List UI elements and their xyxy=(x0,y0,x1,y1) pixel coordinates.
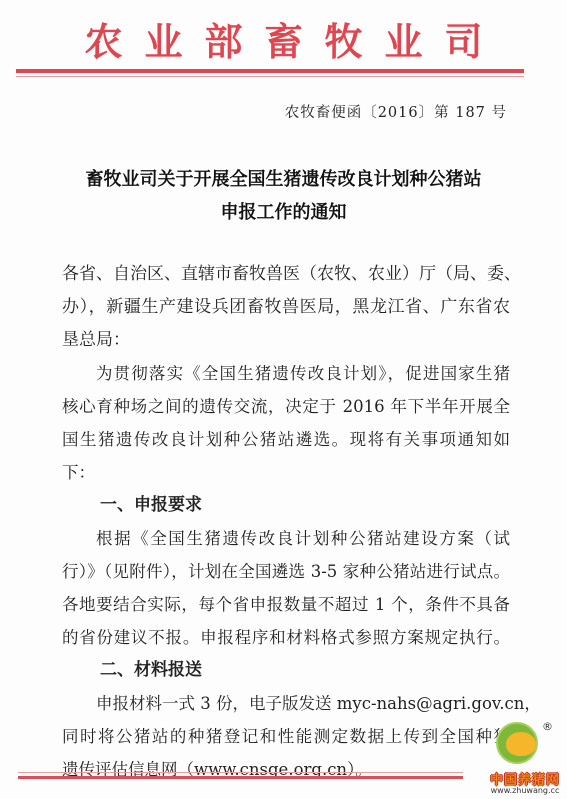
paragraph-line: 申报材料一式 3 份，电子版发送 myc-nahs@agri.gov.cn， xyxy=(62,687,510,720)
paragraph-line: 行）》（见附件），计划在全国遴选 3-5 家种公猪站进行试点。 xyxy=(62,555,510,588)
paragraph-line: 同时将公猪站的种猪登记和性能测定数据上传到全国种猪 xyxy=(62,720,510,753)
masthead-rule-thick xyxy=(16,69,524,73)
paragraph-line: 核心育种场之间的遗传交流，决定于 2016 年下半年开展全 xyxy=(62,390,510,423)
paragraph-line: 的省份建议不报。申报程序和材料格式参照方案规定执行。 xyxy=(62,621,510,654)
section-heading: 一、申报要求 xyxy=(62,489,510,522)
addressee-line: 各省、自治区、直辖市畜牧兽医（农牧、农业）厅（局、委、 xyxy=(62,258,510,291)
section-material-submission: 二、材料报送 申报材料一式 3 份，电子版发送 myc-nahs@agri.go… xyxy=(62,654,510,786)
addressee-line: 垦总局： xyxy=(62,324,510,357)
document-title: 畜牧业司关于开展全国生猪遗传改良计划种公猪站 申报工作的通知 xyxy=(0,163,567,229)
addressee-line: 办），新疆生产建设兵团畜牧兽医局，黑龙江省、广东省农 xyxy=(62,291,510,324)
addressee: 各省、自治区、直辖市畜牧兽医（农牧、农业）厅（局、委、 办），新疆生产建设兵团畜… xyxy=(62,258,510,357)
registered-mark: ® xyxy=(542,720,553,733)
paragraph-line: 国生猪遗传改良计划种公猪站遴选。现将有关事项通知如 xyxy=(62,423,510,456)
issuer-title: 农业部畜牧业司 xyxy=(62,19,504,64)
paragraph-line: 根据《全国生猪遗传改良计划种公猪站建设方案（试 xyxy=(62,522,510,555)
pig-logo-icon xyxy=(496,722,538,764)
site-watermark: ® 中国养猪网 www.zhuwang.cc xyxy=(484,722,566,799)
document-body: 各省、自治区、直辖市畜牧兽医（农牧、农业）厅（局、委、 办），新疆生产建设兵团畜… xyxy=(62,258,510,786)
watermark-url: www.zhuwang.cc xyxy=(484,786,566,795)
intro-paragraph: 为贯彻落实《全国生猪遗传改良计划》，促进国家生猪 核心育种场之间的遗传交流，决定… xyxy=(62,357,510,489)
pig-face-icon xyxy=(506,732,536,756)
paragraph-line: 为贯彻落实《全国生猪遗传改良计划》，促进国家生猪 xyxy=(62,357,510,390)
footer-rule-thin xyxy=(18,772,463,773)
document-title-line-1: 畜牧业司关于开展全国生猪遗传改良计划种公猪站 xyxy=(0,163,567,196)
masthead-rule-thin xyxy=(16,76,524,77)
section-heading: 二、材料报送 xyxy=(62,654,510,687)
paragraph-line: 下： xyxy=(62,456,510,489)
paragraph-line: 各地要结合实际，每个省申报数量不超过 1 个，条件不具备 xyxy=(62,588,510,621)
section-application-requirements: 一、申报要求 根据《全国生猪遗传改良计划种公猪站建设方案（试 行）》（见附件），… xyxy=(62,489,510,654)
document-title-line-2: 申报工作的通知 xyxy=(0,196,567,229)
masthead: 农业部畜牧业司 xyxy=(0,14,567,70)
footer-rule-thick xyxy=(18,776,463,779)
paragraph-line: 遗传评估信息网（www.cnsge.org.cn）。 xyxy=(62,753,510,786)
document-number: 农牧畜便函〔2016〕第 187 号 xyxy=(285,101,507,122)
